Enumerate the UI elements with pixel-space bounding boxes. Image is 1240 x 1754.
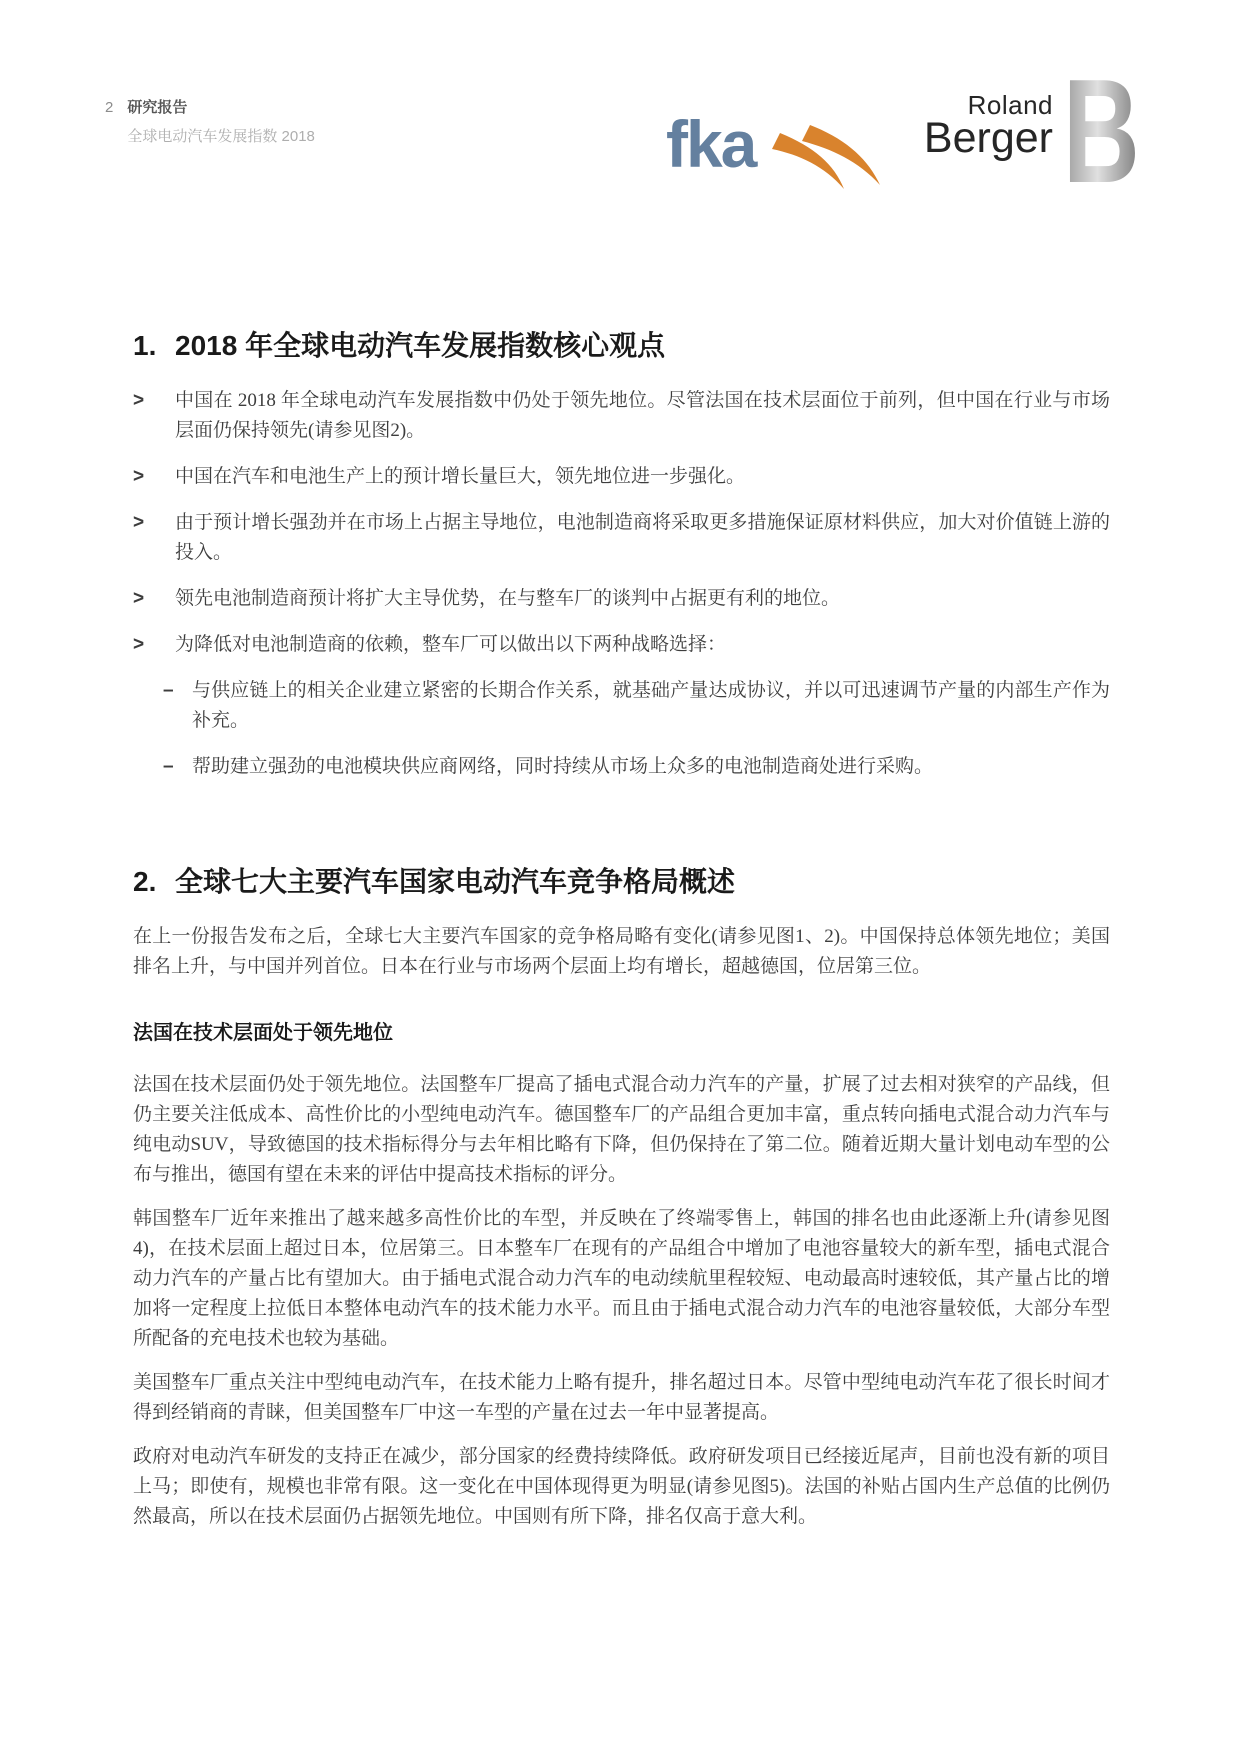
bullet-item: > 为降低对电池制造商的依赖，整车厂可以做出以下两种战略选择： [133,630,1110,660]
body-paragraph: 政府对电动汽车研发的支持正在减少，部分国家的经费持续降低。政府研发项目已经接近尾… [133,1442,1110,1532]
section-1-title: 2018 年全球电动汽车发展指数核心观点 [175,328,665,364]
body-paragraph: 法国在技术层面仍处于领先地位。法国整车厂提高了插电式混合动力汽车的产量，扩展了过… [133,1070,1110,1190]
bullet-marker-icon: > [133,584,175,614]
bullet-marker-icon: > [133,462,175,492]
bullet-text: 由于预计增长强劲并在市场上占据主导地位，电池制造商将采取更多措施保证原材料供应，… [175,508,1110,568]
rb-berger-text: Berger [868,118,1053,158]
section-2-number: 2. [133,864,175,900]
dash-marker-icon: – [163,676,192,736]
page-header: 2 研究报告 全球电动汽车发展指数 2018 [105,98,315,147]
body-paragraph: 美国整车厂重点关注中型纯电动汽车，在技术能力上略有提升，排名超过日本。尽管中型纯… [133,1368,1110,1428]
fka-logo: fka [662,103,890,200]
sub-bullet-text: 帮助建立强劲的电池模块供应商网络，同时持续从市场上众多的电池制造商处进行采购。 [192,752,1110,782]
fka-swoosh-icon [772,125,880,189]
report-type-label: 研究报告 [127,98,315,118]
sub-bullet-text: 与供应链上的相关企业建立紧密的长期合作关系，就基础产量达成协议，并以可迅速调节产… [192,676,1110,736]
svg-text:B: B [1065,70,1137,196]
bullet-item: > 由于预计增长强劲并在市场上占据主导地位，电池制造商将采取更多措施保证原材料供… [133,508,1110,568]
bullet-text: 中国在 2018 年全球电动汽车发展指数中仍处于领先地位。尽管法国在技术层面位于… [175,386,1110,446]
subheading-france-leads-technology: 法国在技术层面处于领先地位 [133,1020,1110,1046]
bullet-text: 领先电池制造商预计将扩大主导优势，在与整车厂的谈判中占据更有利的地位。 [175,584,1110,614]
bullet-item: > 中国在汽车和电池生产上的预计增长量巨大，领先地位进一步强化。 [133,462,1110,492]
header-titles: 研究报告 全球电动汽车发展指数 2018 [127,98,315,147]
bullet-item: > 中国在 2018 年全球电动汽车发展指数中仍处于领先地位。尽管法国在技术层面… [133,386,1110,446]
document-body: 1. 2018 年全球电动汽车发展指数核心观点 > 中国在 2018 年全球电动… [133,328,1110,1546]
section-1-heading: 1. 2018 年全球电动汽车发展指数核心观点 [133,328,1110,364]
bullet-marker-icon: > [133,508,175,568]
report-subtitle: 全球电动汽车发展指数 2018 [127,127,315,147]
bullet-marker-icon: > [133,630,175,660]
bullet-item: > 领先电池制造商预计将扩大主导优势，在与整车厂的谈判中占据更有利的地位。 [133,584,1110,614]
bullet-text: 为降低对电池制造商的依赖，整车厂可以做出以下两种战略选择： [175,630,1110,660]
sub-bullet-item: – 帮助建立强劲的电池模块供应商网络，同时持续从市场上众多的电池制造商处进行采购… [163,752,1110,782]
fka-wordmark: fka [666,107,759,181]
page-number: 2 [105,98,113,147]
section-2-title: 全球七大主要汽车国家电动汽车竞争格局概述 [175,864,735,900]
bullet-text: 中国在汽车和电池生产上的预计增长量巨大，领先地位进一步强化。 [175,462,1110,492]
section-1-number: 1. [133,328,175,364]
fka-logo-graphic: fka [662,103,890,195]
section-2-intro: 在上一份报告发布之后，全球七大主要汽车国家的竞争格局略有变化(请参见图1、2)。… [133,922,1110,982]
body-paragraph: 韩国整车厂近年来推出了越来越多高性价比的车型，并反映在了终端零售上，韩国的排名也… [133,1204,1110,1354]
roland-berger-logo: Roland Berger B [868,70,1137,196]
rb-wordmark: Roland Berger [868,92,1053,158]
section-2-heading: 2. 全球七大主要汽车国家电动汽车竞争格局概述 [133,864,1110,900]
dash-marker-icon: – [163,752,192,782]
sub-bullet-item: – 与供应链上的相关企业建立紧密的长期合作关系，就基础产量达成协议，并以可迅速调… [163,676,1110,736]
bullet-marker-icon: > [133,386,175,446]
rb-b-mark-icon: B [1065,70,1137,196]
